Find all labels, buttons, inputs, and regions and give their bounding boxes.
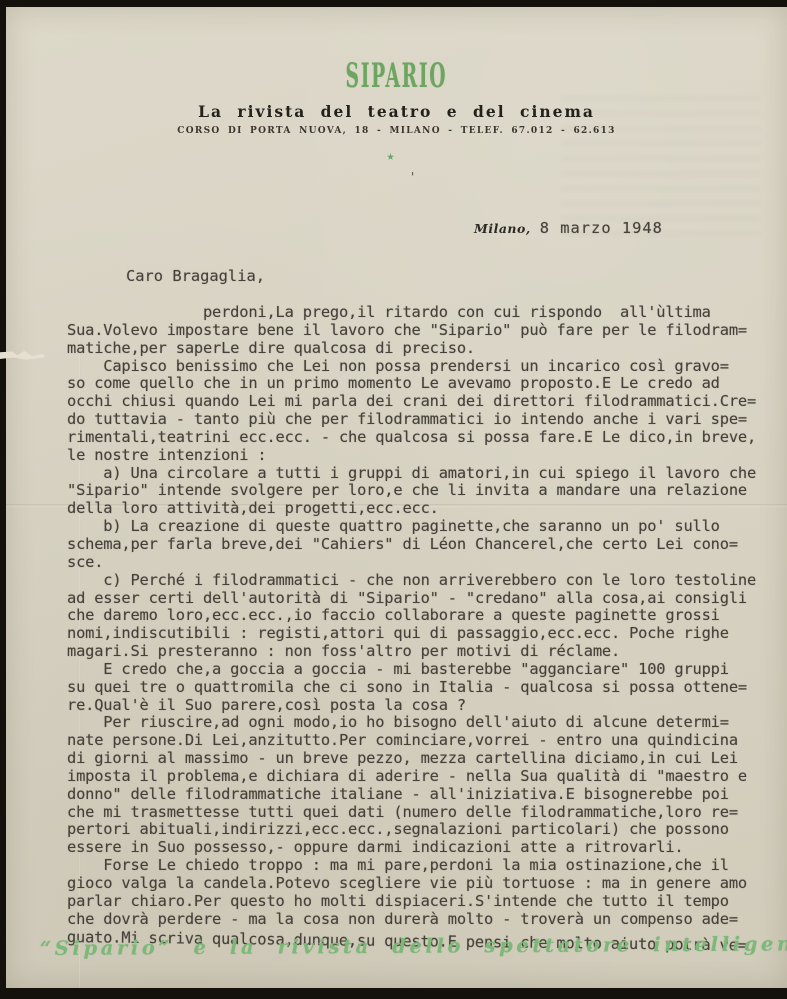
star-icon: ★ bbox=[6, 149, 775, 164]
magazine-title: SIPARIO bbox=[6, 56, 787, 96]
address-line: CORSO DI PORTA NUOVA, 18 - MILANO - TELE… bbox=[6, 126, 787, 136]
salutation: Caro Bragaglia, bbox=[126, 267, 265, 285]
footer-slogan: “Sipario” è la rivista dello spettatore … bbox=[40, 932, 787, 960]
typed-date: 8 marzo 1948 bbox=[540, 219, 663, 237]
magazine-subtitle: La rivista del teatro e del cinema bbox=[6, 102, 787, 121]
letter-page: SIPARIO La rivista del teatro e del cine… bbox=[6, 7, 787, 988]
stray-typed-mark: ' bbox=[409, 170, 416, 184]
dateline: Milano, 8 marzo 1948 bbox=[474, 219, 663, 237]
scanned-letter: SIPARIO La rivista del teatro e del cine… bbox=[0, 0, 787, 999]
paper-edge-tear bbox=[0, 347, 44, 362]
magazine-title-text: SIPARIO bbox=[346, 56, 448, 96]
date-place-label: Milano, bbox=[474, 221, 531, 236]
letter-body: perdoni,La prego,il ritardo con cui risp… bbox=[67, 304, 756, 929]
